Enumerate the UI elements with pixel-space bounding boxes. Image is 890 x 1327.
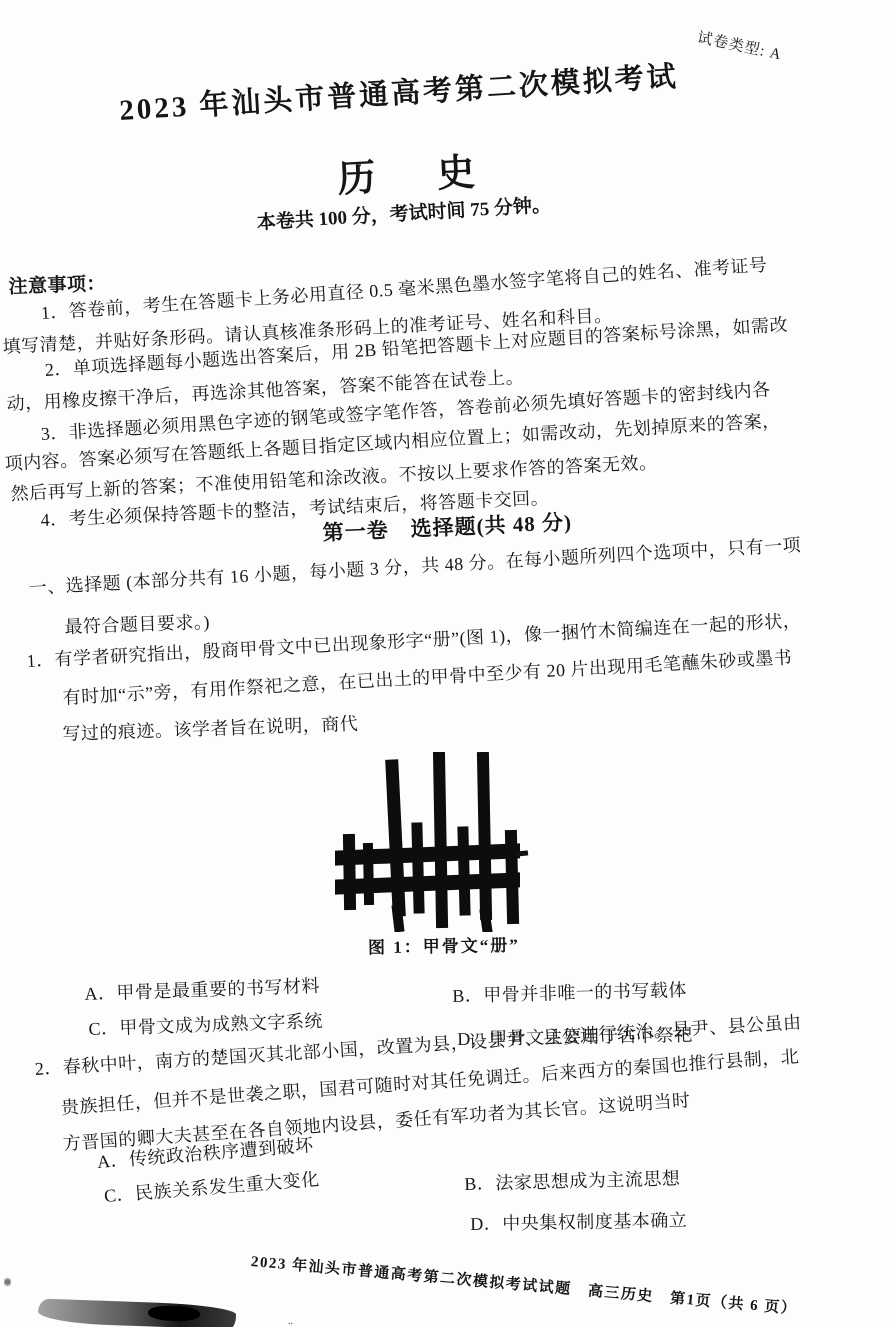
stray-dash-mark <box>516 850 528 856</box>
subject-title: 历 史 <box>336 139 502 202</box>
exam-type-label: 试卷类型: A <box>696 26 784 64</box>
page-footer: 2023 年汕头市普通高考第二次模拟考试试题 高三历史 第1页（共 6 页） <box>250 1250 798 1319</box>
scan-smudge <box>38 1299 237 1327</box>
question-1-option-c: C．甲骨文成为成熟文字系统 <box>88 1007 323 1041</box>
figure-caption: 图 1：甲骨文“册” <box>368 931 520 959</box>
question-2-option-b: B．法家思想成为主流思想 <box>464 1164 681 1196</box>
question-2-option-d: D．中央集权制度基本确立 <box>470 1206 687 1236</box>
section-intro-line: 最符合题目要求。) <box>64 608 210 639</box>
question-1-option-a: A．甲骨是最重要的书写材料 <box>84 972 320 1006</box>
scan-speck: .. <box>288 1316 298 1320</box>
page-title: 2023 年汕头市普通高考第二次模拟考试 <box>118 54 680 129</box>
question-1-option-b: B．甲骨并非唯一的书写载体 <box>452 976 687 1008</box>
question-2-option-c: C．民族关系发生重大变化 <box>103 1165 320 1208</box>
oracle-bone-figure <box>335 752 520 932</box>
question-1-text-line: 写过的痕迹。该学者旨在说明，商代 <box>62 710 359 746</box>
exam-paper-page: 试卷类型: A 2023 年汕头市普通高考第二次模拟考试 历 史 本卷共 100… <box>0 0 890 1327</box>
notice-heading: 注意事项： <box>8 269 106 299</box>
scan-speck <box>4 1276 11 1288</box>
